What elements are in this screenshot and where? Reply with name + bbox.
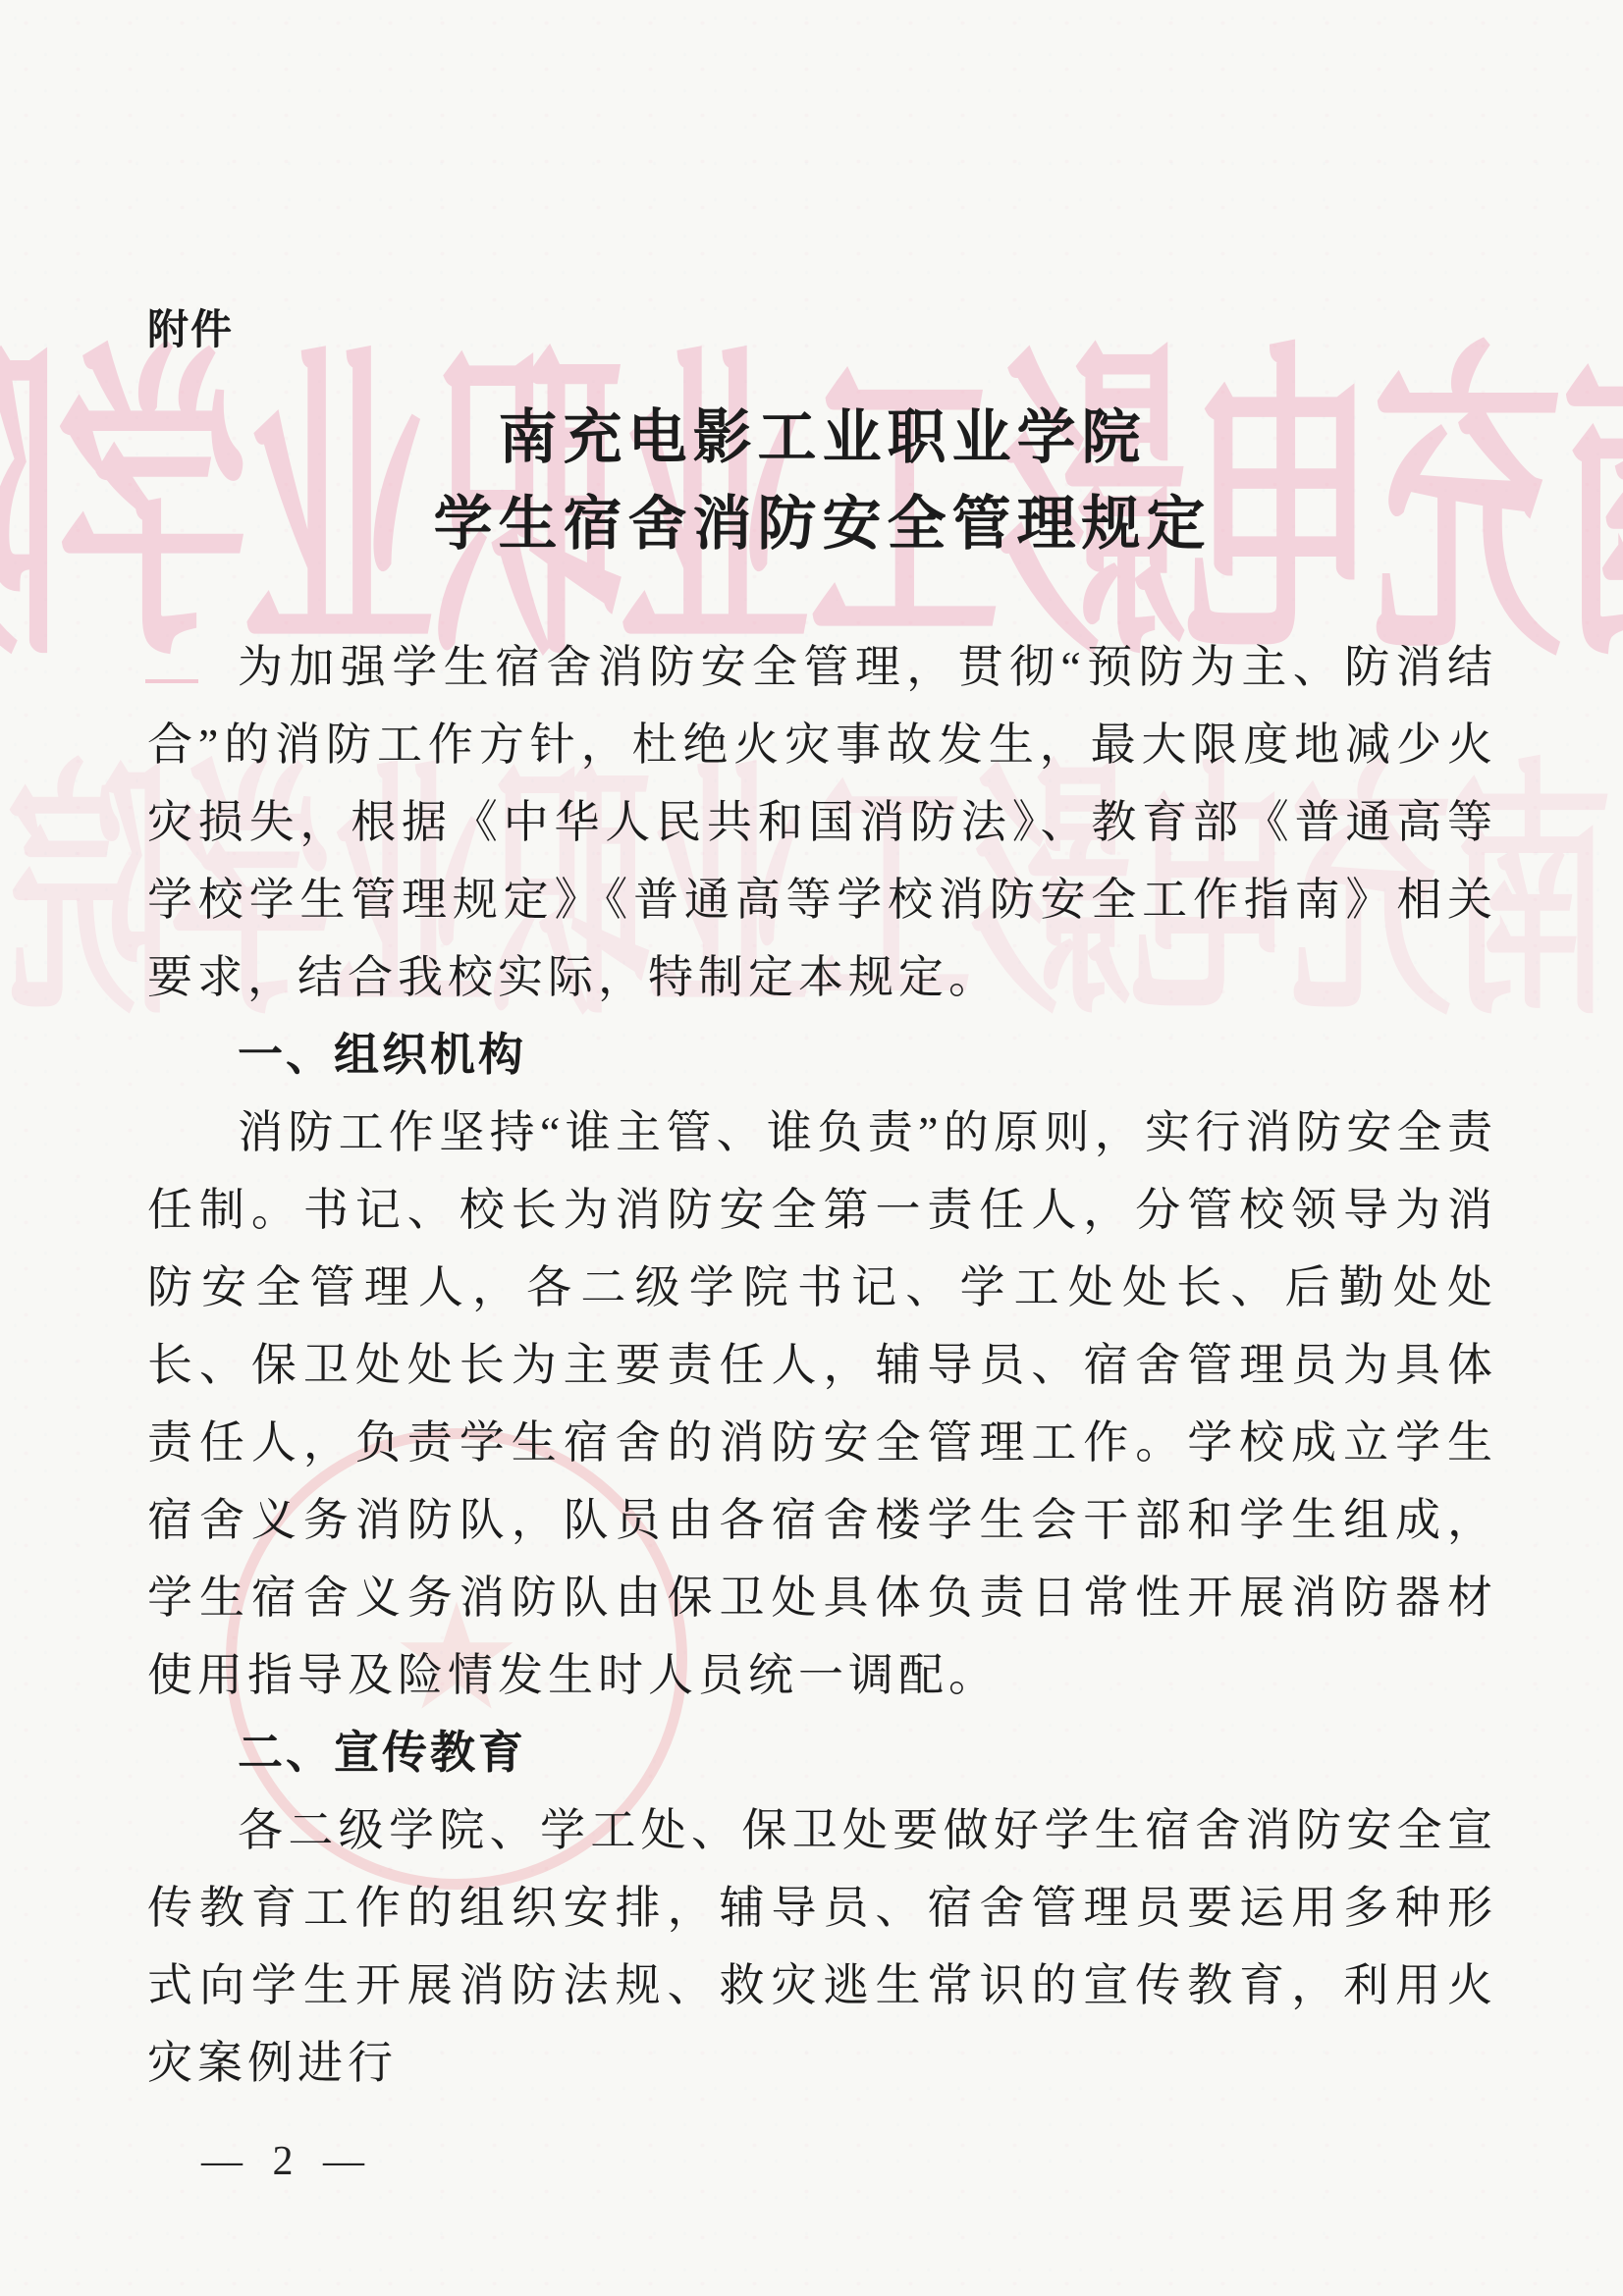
section-2-paragraph: 各二级学院、学工处、保卫处要做好学生宿舍消防安全宣传教育工作的组织安排，辅导员、… [147, 1791, 1497, 2102]
document-title-line-2: 学生宿舍消防安全管理规定 [147, 481, 1497, 567]
attachment-label: 附件 [147, 306, 1497, 353]
document-title-line-1: 南充电影工业职业学院 [147, 395, 1497, 481]
document-title: 南充电影工业职业学院 学生宿舍消防安全管理规定 [147, 395, 1497, 567]
document-page: 南充电影工业职业学院 南充电影工业职业学院 ★ 附件 南充电影工业职业学院 学生… [0, 0, 1623, 2296]
section-heading-2: 二、宣传教育 [147, 1714, 1497, 1791]
section-heading-1: 一、组织机构 [147, 1016, 1497, 1094]
page-number: — 2 — [201, 2138, 374, 2185]
document-body: 为加强学生宿舍消防安全管理，贯彻“预防为主、防消结合”的消防工作方针，杜绝火灾事… [147, 628, 1497, 2102]
intro-paragraph: 为加强学生宿舍消防安全管理，贯彻“预防为主、防消结合”的消防工作方针，杜绝火灾事… [147, 628, 1497, 1016]
document-content: 附件 南充电影工业职业学院 学生宿舍消防安全管理规定 为加强学生宿舍消防安全管理… [0, 0, 1623, 2296]
section-1-paragraph: 消防工作坚持“谁主管、谁负责”的原则，实行消防安全责任制。书记、校长为消防安全第… [147, 1094, 1497, 1714]
